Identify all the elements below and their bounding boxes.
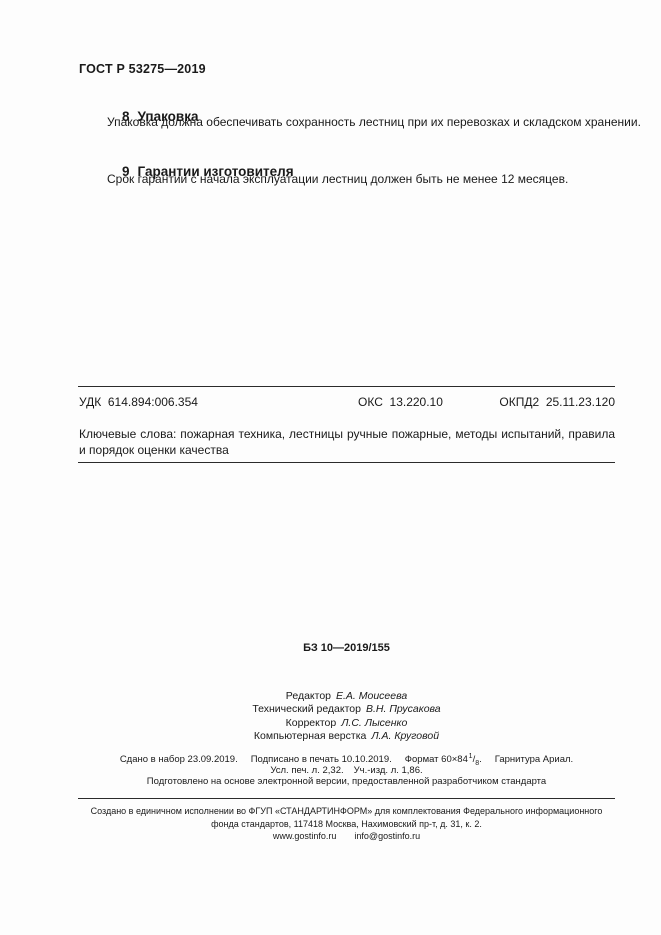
paper-format: Формат 60×84 1/8. xyxy=(405,754,482,765)
classification-block: УДК 614.894:006.354 ОКС 13.220.10 ОКПД2 … xyxy=(78,386,615,463)
credit-line-corrector: КорректорЛ.С. Лысенко xyxy=(78,717,615,730)
credit-name: В.Н. Прусакова xyxy=(366,703,441,715)
print-info-block: Сдано в набор 23.09.2019.Подписано в печ… xyxy=(78,754,615,787)
typeface: Гарнитура Ариал. xyxy=(495,754,573,765)
print-info-line1: Сдано в набор 23.09.2019.Подписано в печ… xyxy=(78,754,615,765)
credit-name: Л.С. Лысенко xyxy=(341,717,407,729)
credit-name: Е.А. Моисеева xyxy=(336,690,407,702)
footer-issue-line1: Создано в единичном исполнении во ФГУП «… xyxy=(78,805,615,818)
printed-sheets: Усл. печ. л. 2,32. xyxy=(270,765,343,776)
section-8-paragraph: Упаковка должна обеспечивать сохранность… xyxy=(107,115,607,130)
keywords-paragraph: Ключевые слова: пожарная техника, лестни… xyxy=(79,427,615,458)
classification-codes-row: УДК 614.894:006.354 ОКС 13.220.10 ОКПД2 … xyxy=(78,395,615,410)
publisher-sheets: Уч.-изд. л. 1,86. xyxy=(354,765,423,776)
publisher-footer: Создано в единичном исполнении во ФГУП «… xyxy=(78,798,615,843)
credits-block: РедакторЕ.А. Моисеева Технический редакт… xyxy=(78,690,615,744)
typeset-date: Сдано в набор 23.09.2019. xyxy=(120,754,238,765)
credit-role: Корректор xyxy=(286,717,337,729)
okpd2-code: ОКПД2 25.11.23.120 xyxy=(499,395,615,409)
footer-issue-line2: фонда стандартов, 117418 Москва, Нахимов… xyxy=(78,818,615,831)
bz-code: БЗ 10—2019/155 xyxy=(78,642,615,654)
credit-role: Технический редактор xyxy=(252,703,361,715)
publisher-website: www.gostinfo.ru xyxy=(273,831,337,841)
udk-code: УДК 614.894:006.354 xyxy=(79,395,198,409)
credit-role: Редактор xyxy=(286,690,331,702)
credit-line-technical-editor: Технический редакторВ.Н. Прусакова xyxy=(78,703,615,716)
credit-line-layout: Компьютерная версткаЛ.А. Круговой xyxy=(78,730,615,743)
running-header: ГОСТ Р 53275—2019 xyxy=(79,62,206,76)
publisher-email: info@gostinfo.ru xyxy=(354,831,420,841)
print-info-line2: Усл. печ. л. 2,32.Уч.-изд. л. 1,86. xyxy=(78,765,615,776)
document-page: ГОСТ Р 53275—2019 8Упаковка Упаковка дол… xyxy=(0,0,661,935)
credit-line-editor: РедакторЕ.А. Моисеева xyxy=(78,690,615,703)
print-info-line3: Подготовлено на основе электронной верси… xyxy=(78,776,615,787)
credit-name: Л.А. Круговой xyxy=(371,730,439,742)
print-date: Подписано в печать 10.10.2019. xyxy=(251,754,392,765)
section-9-paragraph: Срок гарантии с начала эксплуатации лест… xyxy=(107,172,607,187)
credit-role: Компьютерная верстка xyxy=(254,730,366,742)
footer-contacts: www.gostinfo.ruinfo@gostinfo.ru xyxy=(78,830,615,843)
oks-code: ОКС 13.220.10 xyxy=(358,395,443,409)
